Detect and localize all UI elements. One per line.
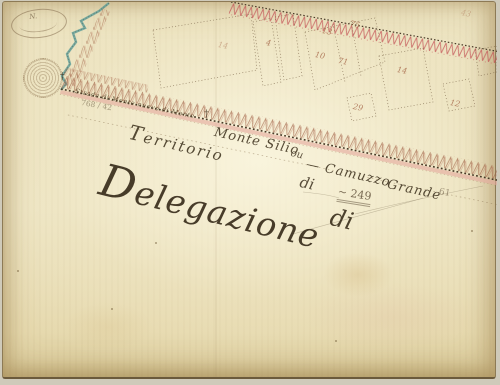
parcel-number: 71 [337, 56, 349, 67]
parcel-number: 12 [449, 98, 461, 109]
scan-background: N. [0, 0, 500, 385]
parcel-number: 29 [352, 102, 364, 113]
parcel-boundary [379, 48, 433, 110]
parcel-number: 10 [314, 50, 326, 61]
dagger-mark: † [204, 109, 209, 120]
parcel-number: 75 [349, 19, 361, 30]
parcel-number: 14 [217, 40, 229, 51]
dagger-mark: † [60, 72, 65, 82]
parcel-number: 14 [396, 65, 408, 76]
parcel-number: 43 [460, 8, 472, 19]
top-road-hatching [229, 3, 497, 68]
annotation-61: 61 [438, 187, 451, 199]
parcel-number: 13 [321, 26, 333, 37]
parcel-boundary [253, 18, 281, 86]
map-sheet: N. [2, 1, 496, 379]
road-name-ou: ou [290, 148, 305, 161]
parcel-boundary [153, 14, 257, 88]
top-road [229, 2, 497, 68]
